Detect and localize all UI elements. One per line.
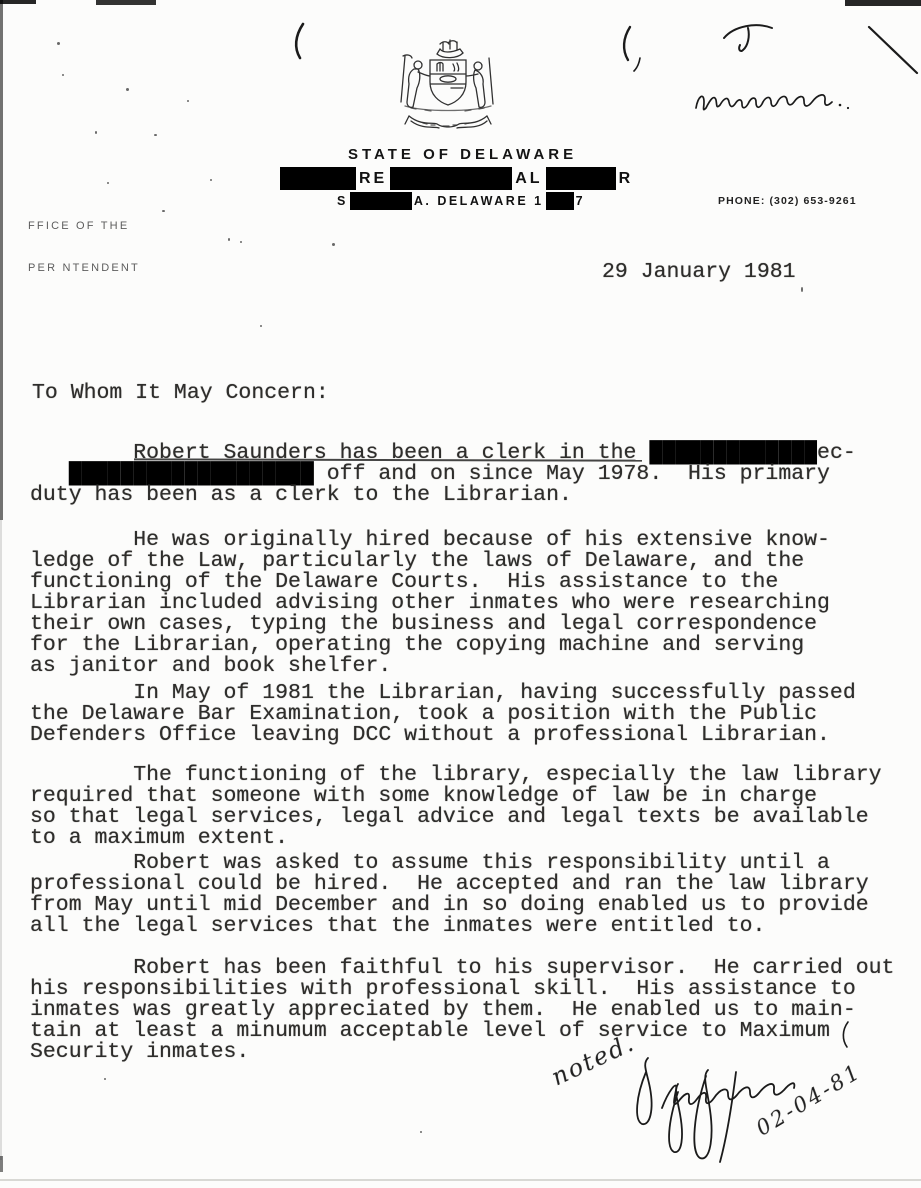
body-line: In May of 1981 the Librarian, having suc…	[30, 683, 905, 704]
handwriting-signature	[696, 95, 849, 110]
paragraph: Robert was asked to assume this responsi…	[30, 853, 905, 937]
stray-paren-mark	[624, 27, 630, 60]
body-line: the Delaware Bar Examination, took a pos…	[30, 704, 905, 725]
scan-speck	[228, 238, 230, 241]
body-line: The functioning of the library, especial…	[30, 765, 905, 786]
text-run: as janitor and book shelfer.	[30, 654, 391, 678]
body-line: their own cases, typing the business and…	[30, 614, 905, 635]
scan-speck	[801, 287, 803, 292]
scan-speck	[154, 134, 157, 136]
scan-speck	[104, 1078, 106, 1080]
state-of-delaware-title: STATE OF DELAWARE	[348, 146, 560, 163]
text-run: Security inmates.	[30, 1040, 249, 1064]
text-run: duty has been as a clerk to the Libraria…	[30, 483, 572, 507]
scan-speck	[62, 74, 64, 76]
body-line: Defenders Office leaving DCC without a p…	[30, 725, 905, 746]
body-line: so that legal services, legal advice and…	[30, 807, 905, 828]
body-line: Librarian included advising other inmate…	[30, 593, 905, 614]
body-line: tain at least a minumum acceptable level…	[30, 1021, 905, 1042]
scan-edge-artifact	[0, 0, 36, 4]
body-line: all the legal services that the inmates …	[30, 916, 905, 937]
redaction-box	[350, 192, 412, 210]
letter-page: FFICE OF THE PER NTENDENT STATE OF DELAW…	[0, 0, 921, 1188]
scan-speck	[107, 182, 109, 184]
letter-body: Robert Saunders has been a clerk in the …	[30, 443, 905, 1063]
body-line: functioning of the Delaware Courts. His …	[30, 572, 905, 593]
scan-speck	[187, 100, 189, 102]
scan-edge-artifact	[0, 1156, 3, 1172]
stray-comma-mark	[634, 58, 640, 71]
scan-speck	[240, 241, 242, 243]
body-line: professional could be hired. He accepted…	[30, 874, 905, 895]
body-line: inmates was greatly appreciated by them.…	[30, 1000, 905, 1021]
letter-date: 29 January 1981	[602, 262, 796, 283]
address-fragment: AL	[515, 170, 542, 188]
body-line: ledge of the Law, particularly the laws …	[30, 551, 905, 572]
scan-edge-artifact	[845, 0, 921, 6]
redaction-box	[546, 167, 616, 190]
scan-edge-artifact	[0, 520, 2, 1160]
scan-speck	[420, 1131, 422, 1133]
phone-number: PHONE: (302) 653-9261	[718, 195, 857, 207]
text-run: Defenders Office leaving DCC without a p…	[30, 723, 830, 747]
paragraph: The functioning of the library, especial…	[30, 765, 905, 849]
body-line: ███████████████████ off and on since May…	[30, 464, 905, 485]
office-of-superintendent-label: FFICE OF THE PER NTENDENT	[28, 191, 140, 303]
body-line: as janitor and book shelfer.	[30, 656, 905, 677]
salutation: To Whom It May Concern:	[32, 383, 329, 404]
address-fragment: S	[337, 194, 348, 208]
body-line: from May until mid December and in so do…	[30, 895, 905, 916]
office-line: PER NTENDENT	[28, 261, 140, 275]
delaware-seal-icon	[385, 38, 520, 143]
paragraph: Robert Saunders has been a clerk in the …	[30, 443, 905, 506]
scan-speck	[126, 88, 129, 91]
body-line: required that someone with some knowledg…	[30, 786, 905, 807]
text-run: all the legal services that the inmates …	[30, 914, 765, 938]
office-line: FFICE OF THE	[28, 219, 140, 233]
scan-speck	[57, 42, 60, 45]
address-line-1: RE AL R	[280, 167, 633, 190]
address-fragment: A. DELAWARE 1	[414, 194, 544, 208]
body-line: his responsibilities with professional s…	[30, 979, 905, 1000]
body-line: duty has been as a clerk to the Libraria…	[30, 485, 905, 506]
text-run: to a maximum extent.	[30, 826, 288, 850]
address-fragment: R	[619, 170, 634, 188]
scan-speck	[260, 325, 262, 327]
paragraph: He was originally hired because of his e…	[30, 530, 905, 677]
address-fragment: 7	[576, 194, 585, 208]
body-line: to a maximum extent.	[30, 828, 905, 849]
paragraph: In May of 1981 the Librarian, having suc…	[30, 683, 905, 746]
scan-edge-artifact	[96, 0, 156, 5]
address-fragment: RE	[359, 170, 387, 188]
stray-paren-mark	[296, 24, 303, 58]
scan-speck	[162, 210, 165, 212]
paragraph: Robert has been faithful to his supervis…	[30, 958, 905, 1063]
corner-stroke	[869, 27, 917, 73]
handwritten-date-note: 02-04-81	[752, 1059, 866, 1141]
address-line-2: S A. DELAWARE 1 7	[337, 191, 585, 211]
redaction-box	[280, 167, 356, 190]
body-line: Robert was asked to assume this responsi…	[30, 853, 905, 874]
pen-t-mark	[724, 25, 772, 51]
body-line: Robert has been faithful to his supervis…	[30, 958, 905, 979]
scan-edge-artifact	[0, 1179, 921, 1181]
scan-edge-artifact	[0, 0, 3, 520]
scan-speck	[332, 243, 335, 246]
redaction-box	[390, 167, 512, 190]
scan-speck	[95, 131, 97, 134]
redaction-box	[546, 192, 574, 210]
body-line: Security inmates.	[30, 1042, 905, 1063]
body-line: He was originally hired because of his e…	[30, 530, 905, 551]
body-line: for the Librarian, operating the copying…	[30, 635, 905, 656]
scan-speck	[210, 179, 212, 181]
